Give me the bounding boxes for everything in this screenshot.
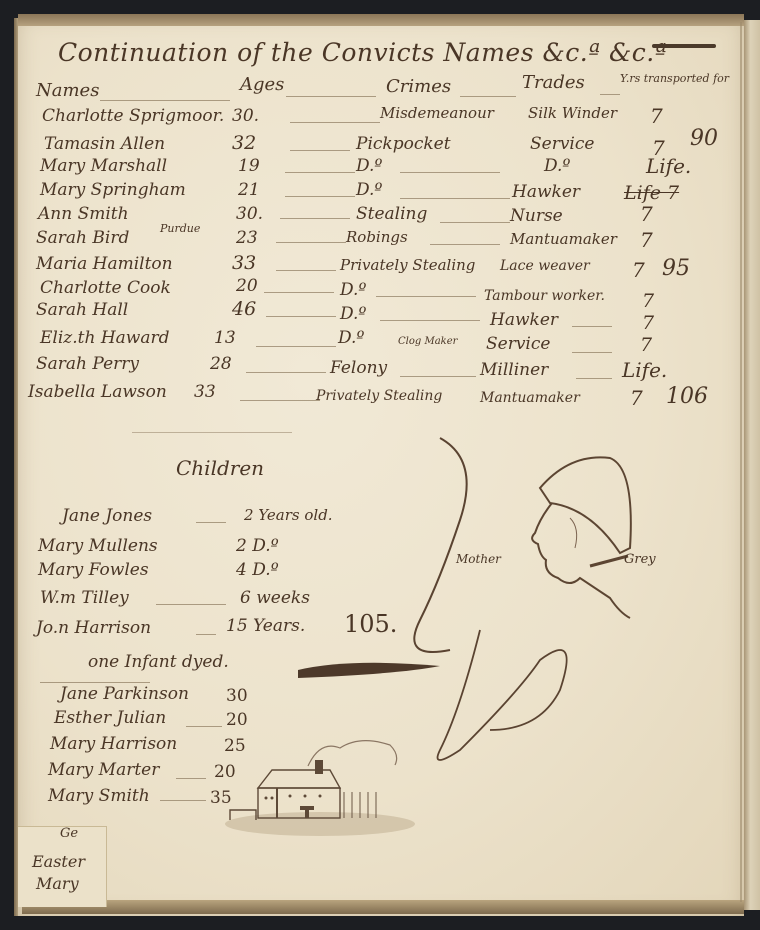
convict-crime: Robings bbox=[346, 228, 408, 246]
additional-age: 30 bbox=[226, 686, 248, 706]
convict-trade: Service bbox=[486, 334, 550, 354]
convict-name: Tamasin Allen bbox=[44, 134, 165, 154]
trade-note: Clog Maker bbox=[398, 336, 457, 347]
convict-crime: Privately Stealing bbox=[316, 388, 442, 404]
fragment-line: Ge bbox=[60, 826, 78, 841]
convict-name: Mary Springham bbox=[40, 180, 186, 200]
column-header-ages: Ages bbox=[240, 74, 284, 95]
child-age: 4 D.º bbox=[236, 560, 279, 580]
convict-name: Charlotte Cook bbox=[40, 278, 171, 298]
gutter-line bbox=[740, 22, 742, 902]
convict-crime: Misdemeanour bbox=[380, 104, 494, 122]
name-correction: Purdue bbox=[160, 222, 200, 235]
convict-trade: Service bbox=[530, 134, 594, 154]
convict-name: Sarah Bird bbox=[36, 228, 129, 248]
convict-crime: Pickpocket bbox=[356, 134, 451, 154]
convict-age: 46 bbox=[232, 298, 256, 320]
convict-trade: Hawker bbox=[490, 310, 558, 330]
infant-note: one Infant dyed. bbox=[88, 652, 229, 672]
column-header-names: Names bbox=[36, 80, 99, 101]
convict-name: Maria Hamilton bbox=[36, 254, 173, 274]
convict-name: Charlotte Sprigmoor. bbox=[42, 106, 224, 126]
fragment-line: Mary bbox=[36, 874, 79, 893]
convict-term: 7 bbox=[650, 104, 663, 128]
additional-name: Esther Julian bbox=[54, 708, 166, 728]
convict-crime: Felony bbox=[330, 358, 387, 378]
convict-term: Life. bbox=[646, 154, 691, 178]
page-bottom-edge bbox=[22, 900, 744, 914]
facing-leaf-edge bbox=[744, 20, 760, 910]
convict-age: 33 bbox=[232, 252, 256, 274]
convict-name: Mary Marshall bbox=[40, 156, 167, 176]
convict-trade: Mantuamaker bbox=[510, 230, 617, 248]
child-name: Mary Fowles bbox=[38, 560, 149, 580]
sketch-caption-grey: Grey bbox=[624, 552, 656, 567]
house-sketch-icon bbox=[220, 730, 420, 840]
convict-term: 7 bbox=[642, 312, 654, 334]
convict-crime: D.º bbox=[338, 328, 364, 348]
convict-term: 7 bbox=[640, 202, 653, 226]
fragment-line: Easter bbox=[32, 852, 85, 871]
convict-name: Eliz.th Haward bbox=[40, 328, 169, 348]
convict-name: Sarah Perry bbox=[36, 354, 139, 374]
convict-age: 21 bbox=[238, 180, 260, 200]
convict-age: 30. bbox=[236, 204, 263, 224]
convict-age: 20 bbox=[236, 276, 258, 296]
convict-term: Life 7 bbox=[624, 182, 679, 204]
convict-crime: D.º bbox=[340, 280, 366, 300]
convict-term: 7 bbox=[642, 290, 654, 312]
convict-age: 19 bbox=[238, 156, 260, 176]
convict-crime: Privately Stealing bbox=[340, 256, 475, 274]
column-header-trades: Trades bbox=[522, 72, 585, 93]
running-tally: 90 bbox=[690, 126, 718, 151]
convict-trade: D.º bbox=[544, 156, 570, 176]
additional-age: 20 bbox=[226, 710, 248, 730]
convict-trade: Hawker bbox=[512, 182, 580, 202]
convict-trade: Mantuamaker bbox=[480, 390, 580, 406]
section-divider bbox=[132, 432, 292, 433]
additional-name: Jane Parkinson bbox=[60, 684, 189, 704]
child-name: Jo.n Harrison bbox=[36, 618, 151, 638]
convict-age: 28 bbox=[210, 354, 232, 374]
child-name: W.m Tilley bbox=[40, 588, 129, 608]
convict-name: Sarah Hall bbox=[36, 300, 128, 320]
convict-term: 7 bbox=[632, 258, 645, 282]
additional-name: Mary Harrison bbox=[50, 734, 177, 754]
sketch-caption-mother: Mother bbox=[456, 552, 501, 566]
portrait-sketch-icon bbox=[510, 448, 660, 628]
convict-age: 23 bbox=[236, 228, 258, 248]
convict-age: 13 bbox=[214, 328, 236, 348]
convict-trade: Nurse bbox=[510, 206, 563, 226]
child-name: Mary Mullens bbox=[38, 536, 158, 556]
convict-name: Isabella Lawson bbox=[28, 382, 167, 402]
page-title: Continuation of the Convicts Names &c.ª … bbox=[58, 38, 667, 67]
children-heading: Children bbox=[176, 456, 264, 480]
convict-trade: Silk Winder bbox=[528, 104, 617, 122]
running-tally: 106 bbox=[666, 384, 708, 409]
convict-trade: Milliner bbox=[480, 360, 548, 380]
convict-term: 7 bbox=[640, 334, 652, 356]
convict-name: Ann Smith bbox=[38, 204, 129, 224]
convict-trade: Lace weaver bbox=[500, 258, 590, 274]
convict-trade: Tambour worker. bbox=[484, 288, 605, 304]
column-header-years-transported: Y.rs transported for bbox=[620, 72, 740, 85]
convict-crime: Stealing bbox=[356, 204, 427, 224]
additional-name: Mary Marter bbox=[48, 760, 159, 780]
convict-term: 7 bbox=[640, 228, 653, 252]
convict-term: Life. bbox=[622, 358, 667, 382]
convict-age: 33 bbox=[194, 382, 216, 402]
running-tally: 95 bbox=[662, 256, 690, 281]
page-top-edge bbox=[18, 14, 744, 26]
additional-name: Mary Smith bbox=[48, 786, 150, 806]
child-age: 2 D.º bbox=[236, 536, 279, 556]
convict-age: 30. bbox=[232, 106, 259, 126]
title-flourish bbox=[652, 44, 716, 48]
child-name: Jane Jones bbox=[62, 506, 152, 526]
column-header-crimes: Crimes bbox=[386, 76, 451, 97]
convict-crime: D.º bbox=[356, 180, 382, 200]
convict-crime: D.º bbox=[340, 304, 366, 324]
convict-age: 32 bbox=[232, 132, 256, 154]
convict-crime: D.º bbox=[356, 156, 382, 176]
convict-term: 7 bbox=[630, 386, 643, 410]
